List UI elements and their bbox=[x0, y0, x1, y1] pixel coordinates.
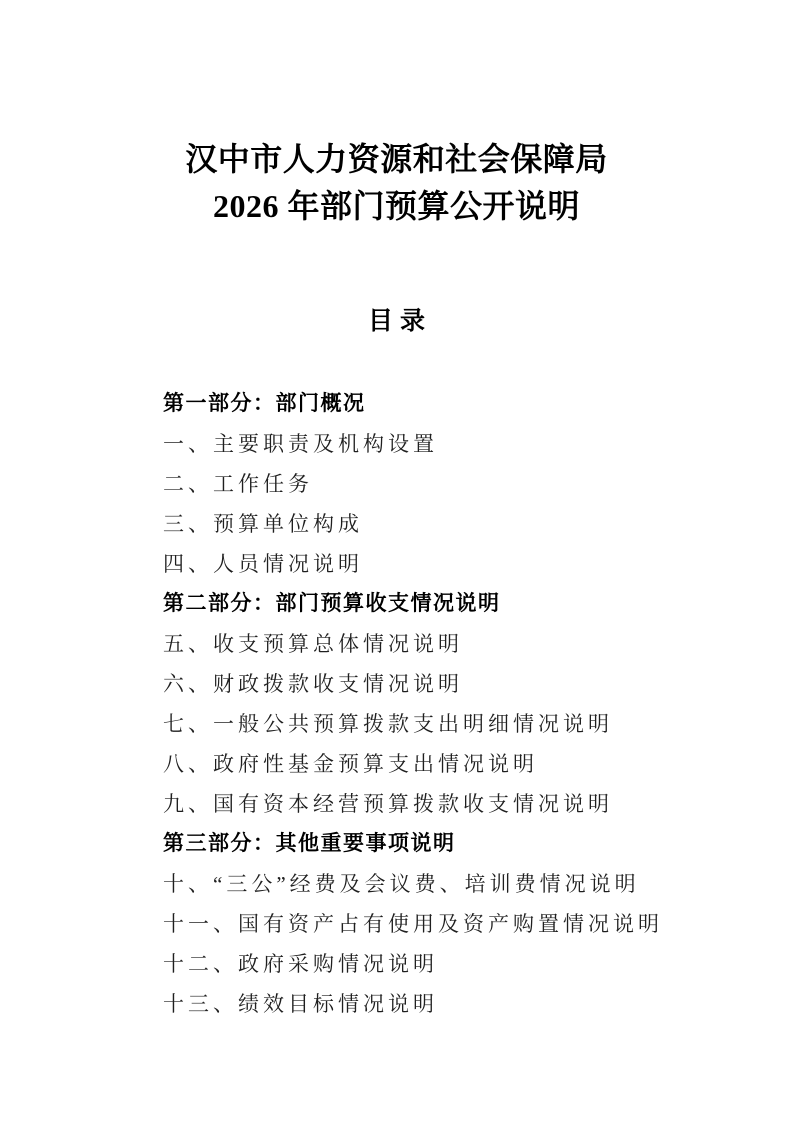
toc-list: 第一部分：部门概况一、主要职责及机构设置二、工作任务三、预算单位构成四、人员情况… bbox=[0, 384, 793, 1024]
toc-item: 四、人员情况说明 bbox=[163, 544, 753, 584]
document-title-line-2: 2026 年部门预算公开说明 bbox=[0, 183, 793, 230]
toc-item: 一、主要职责及机构设置 bbox=[163, 424, 753, 464]
toc-item: 九、国有资本经营预算拨款收支情况说明 bbox=[163, 784, 753, 824]
toc-item: 十二、政府采购情况说明 bbox=[163, 944, 753, 984]
toc-item: 十、“三公”经费及会议费、培训费情况说明 bbox=[163, 864, 753, 904]
document-title: 汉中市人力资源和社会保障局 2026 年部门预算公开说明 bbox=[0, 136, 793, 230]
toc-item: 二、工作任务 bbox=[163, 464, 753, 504]
toc-section-heading: 第三部分：其他重要事项说明 bbox=[163, 824, 753, 864]
document-page: 汉中市人力资源和社会保障局 2026 年部门预算公开说明 目录 第一部分：部门概… bbox=[0, 0, 793, 1122]
toc-item: 八、政府性基金预算支出情况说明 bbox=[163, 744, 753, 784]
toc-heading: 目录 bbox=[0, 306, 793, 336]
toc-item: 十一、国有资产占有使用及资产购置情况说明 bbox=[163, 904, 753, 944]
document-title-line-1: 汉中市人力资源和社会保障局 bbox=[0, 136, 793, 183]
toc-item: 十三、绩效目标情况说明 bbox=[163, 984, 753, 1024]
toc-item: 七、一般公共预算拨款支出明细情况说明 bbox=[163, 704, 753, 744]
toc-section-heading: 第二部分：部门预算收支情况说明 bbox=[163, 584, 753, 624]
toc-item: 三、预算单位构成 bbox=[163, 504, 753, 544]
toc-section-heading: 第一部分：部门概况 bbox=[163, 384, 753, 424]
toc-item: 六、财政拨款收支情况说明 bbox=[163, 664, 753, 704]
toc-item: 五、收支预算总体情况说明 bbox=[163, 624, 753, 664]
